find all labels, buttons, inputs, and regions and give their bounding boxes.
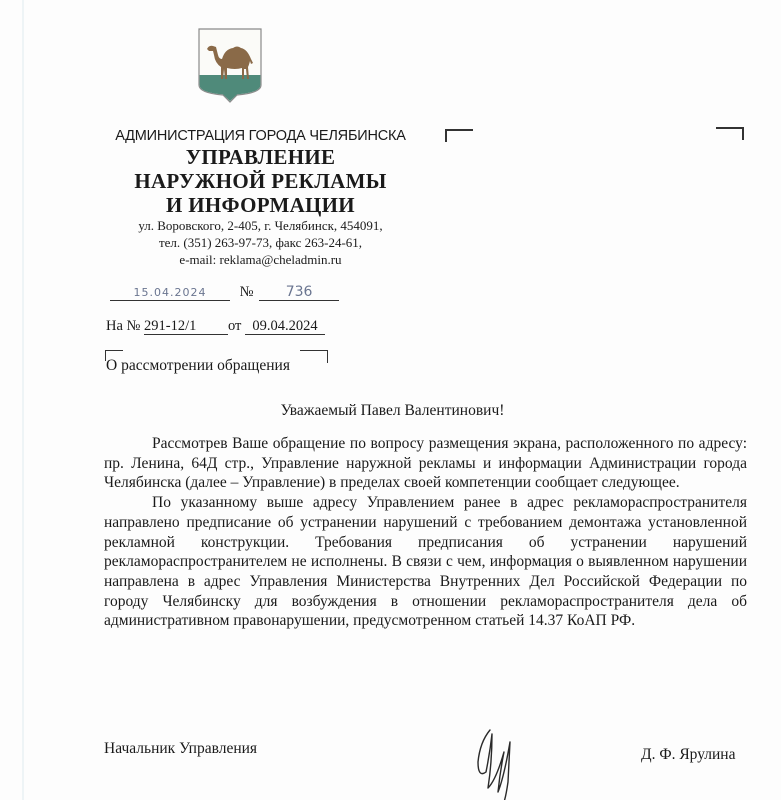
recipient-corner-mark-right: [716, 127, 744, 140]
org-address: ул. Воровского, 2-405, г. Челябинск, 454…: [108, 218, 413, 234]
salutation: Уважаемый Павел Валентинович!: [0, 402, 781, 420]
incoming-number-field: 291-12/1: [144, 317, 228, 335]
subject-corner-mark-right: [300, 350, 328, 363]
coat-of-arms-icon: [197, 27, 263, 103]
department-name-line-1: УПРАВЛЕНИЕ: [108, 145, 413, 169]
outgoing-number: 736: [286, 284, 313, 300]
org-phone: тел. (351) 263-97-73, факс 263-24-61,: [108, 235, 413, 251]
outgoing-number-field: 736: [259, 283, 339, 301]
outgoing-date-field: 15.04.2024: [110, 283, 230, 301]
incoming-reference: На № 291-12/1от 09.04.2024: [106, 317, 325, 335]
incoming-date: 09.04.2024: [252, 318, 317, 334]
org-email: e-mail: reklama@cheladmin.ru: [108, 252, 413, 268]
outgoing-reference: 15.04.2024 № 736: [110, 283, 339, 301]
incoming-date-field: 09.04.2024: [245, 317, 325, 335]
body-paragraph: Рассмотрев Ваше обращение по вопросу раз…: [104, 434, 747, 493]
department-name-line-3: И ИНФОРМАЦИИ: [108, 193, 413, 217]
signer-title: Начальник Управления: [104, 740, 257, 758]
incoming-from-label: от: [228, 318, 241, 334]
recipient-corner-mark-left: [445, 129, 473, 142]
page-margin-line: [22, 0, 24, 800]
organization-header: АДМИНИСТРАЦИЯ ГОРОДА ЧЕЛЯБИНСКА УПРАВЛЕН…: [108, 127, 413, 268]
department-name-line-2: НАРУЖНОЙ РЕКЛАМЫ: [108, 169, 413, 193]
outgoing-number-label: №: [240, 284, 254, 300]
handwritten-signature-icon: [470, 722, 530, 800]
incoming-number: 291-12/1: [144, 318, 196, 334]
letter-body: Рассмотрев Ваше обращение по вопросу раз…: [104, 434, 747, 631]
administration-name: АДМИНИСТРАЦИЯ ГОРОДА ЧЕЛЯБИНСКА: [108, 127, 413, 145]
letter-subject: О рассмотрении обращения: [106, 357, 290, 375]
outgoing-date: 15.04.2024: [134, 286, 207, 299]
incoming-number-label: На №: [106, 318, 140, 334]
signer-name: Д. Ф. Ярулина: [641, 746, 735, 764]
body-paragraph: По указанному выше адресу Управлением ра…: [104, 493, 747, 631]
